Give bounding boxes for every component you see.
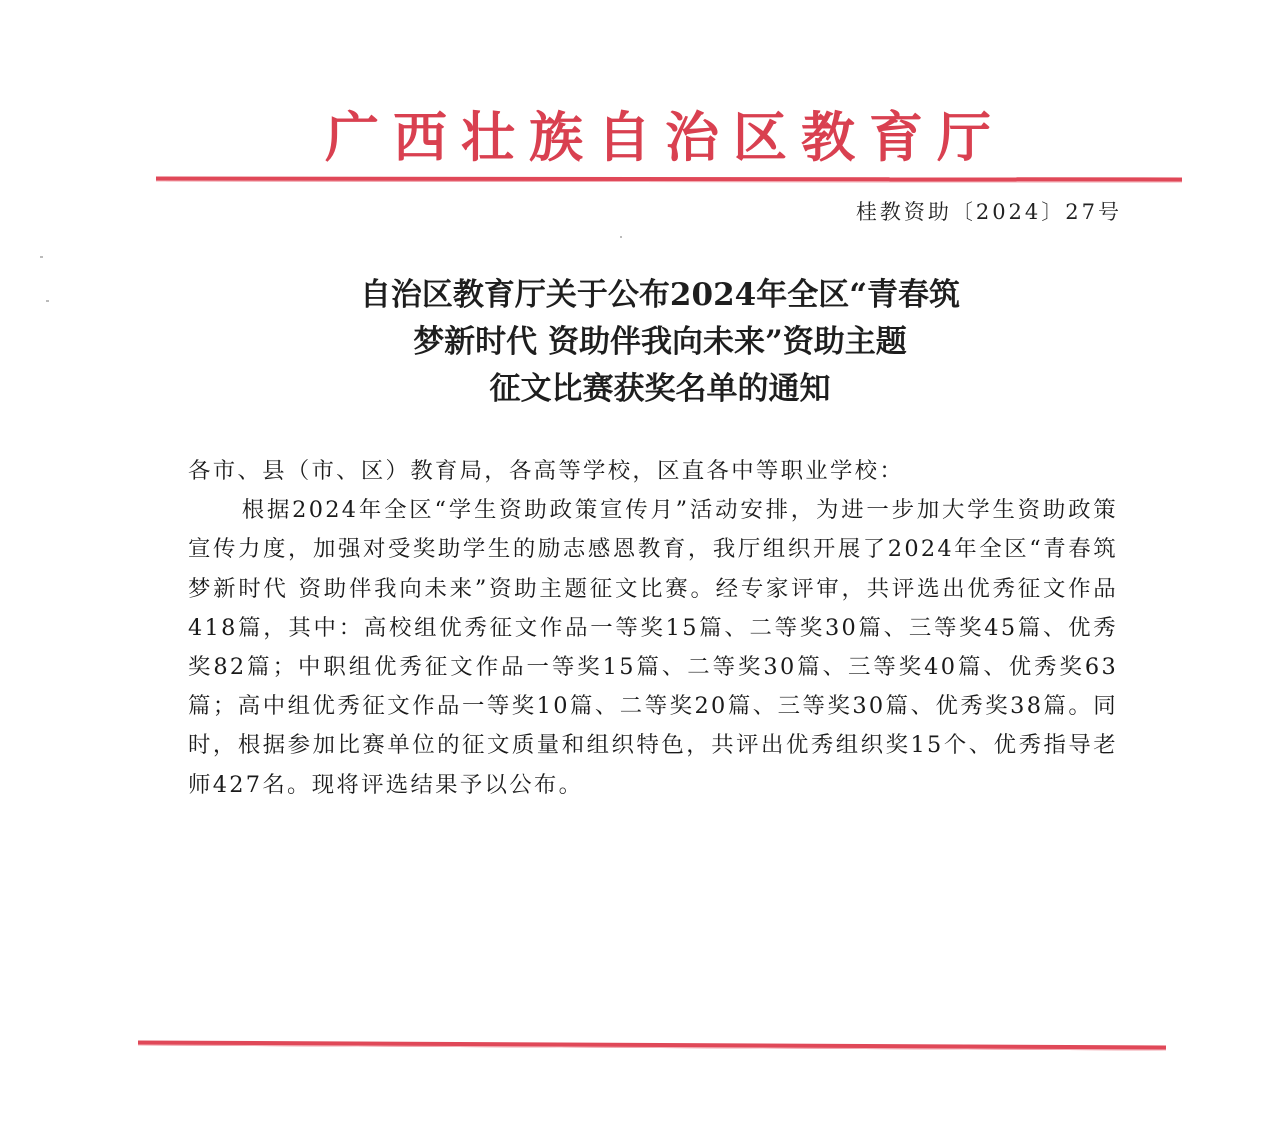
- letterhead-organization: 广西壮族自治区教育厅: [270, 105, 1060, 169]
- scan-speck: [40, 256, 43, 258]
- letterhead-red-rule: [156, 177, 1182, 183]
- body-paragraph: 根据2024年全区“学生资助政策宣传月”活动安排，为进一步加大学生资助政策宣传力…: [188, 491, 1118, 805]
- scan-speck: [46, 300, 49, 302]
- document-title: 自治区教育厅关于公布2024年全区“青春筑 梦新时代 资助伴我向未来”资助主题 …: [190, 272, 1130, 413]
- addressees: 各市、县（市、区）教育局，各高等学校，区直各中等职业学校：: [188, 452, 1118, 491]
- scan-speck: [620, 236, 622, 238]
- document-body: 各市、县（市、区）教育局，各高等学校，区直各中等职业学校： 根据2024年全区“…: [188, 452, 1118, 805]
- footer-red-rule: [138, 1040, 1166, 1050]
- title-line-1: 自治区教育厅关于公布2024年全区“青春筑: [190, 272, 1130, 319]
- title-line-2: 梦新时代 资助伴我向未来”资助主题: [190, 319, 1130, 366]
- document-number: 桂教资助〔2024〕27号: [856, 196, 1122, 226]
- title-line-3: 征文比赛获奖名单的通知: [190, 366, 1130, 413]
